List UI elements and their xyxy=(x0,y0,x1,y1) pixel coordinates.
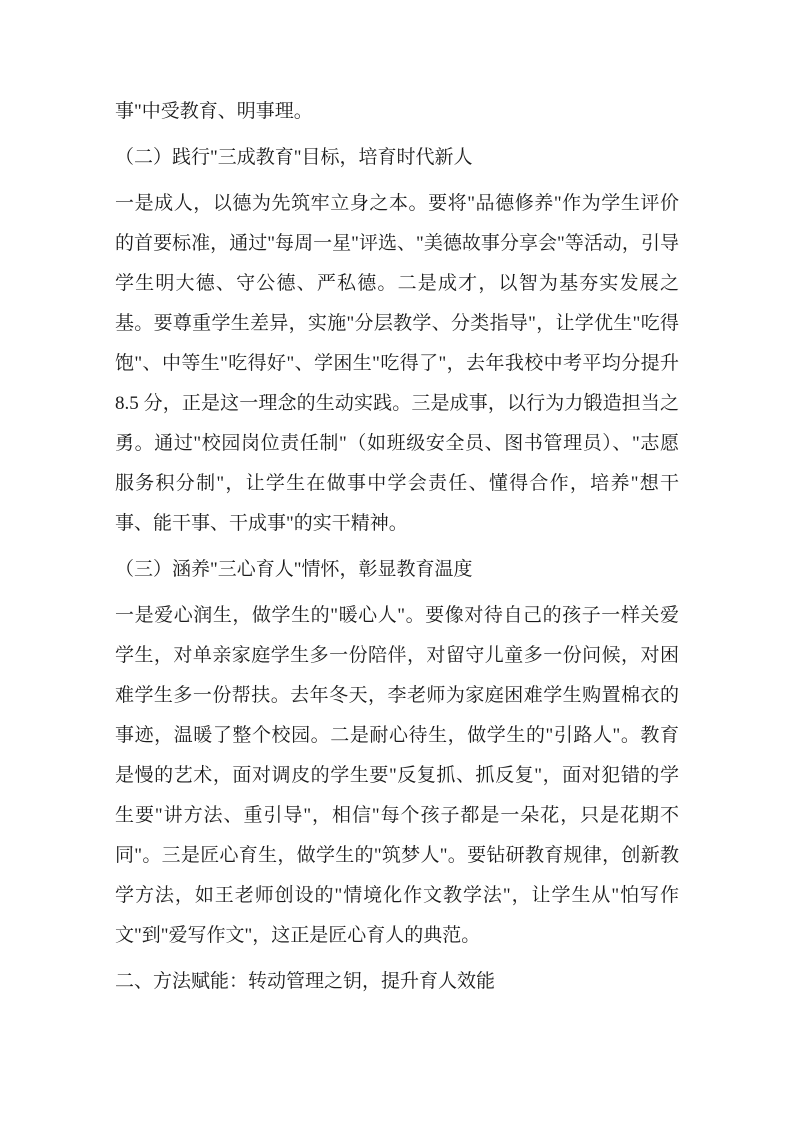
document-page: 事"中受教育、明事理。 （二）践行"三成教育"目标，培育时代新人 一是成人，以德… xyxy=(0,0,793,1122)
paragraph-three-hearts-education: 一是爱心润生，做学生的"暖心人"。要像对待自己的孩子一样关爱学生，对单亲家庭学生… xyxy=(115,596,679,956)
section-heading-part-two: 二、方法赋能：转动管理之钥，提升育人效能 xyxy=(115,962,679,1002)
paragraph-continuation: 事"中受教育、明事理。 xyxy=(115,92,679,132)
paragraph-three-cheng-education: 一是成人，以德为先筑牢立身之本。要将"品德修养"作为学生评价的首要标准，通过"每… xyxy=(115,184,679,544)
subsection-heading-2: （二）践行"三成教育"目标，培育时代新人 xyxy=(115,138,679,178)
subsection-heading-3: （三）涵养"三心育人"情怀，彰显教育温度 xyxy=(115,550,679,590)
